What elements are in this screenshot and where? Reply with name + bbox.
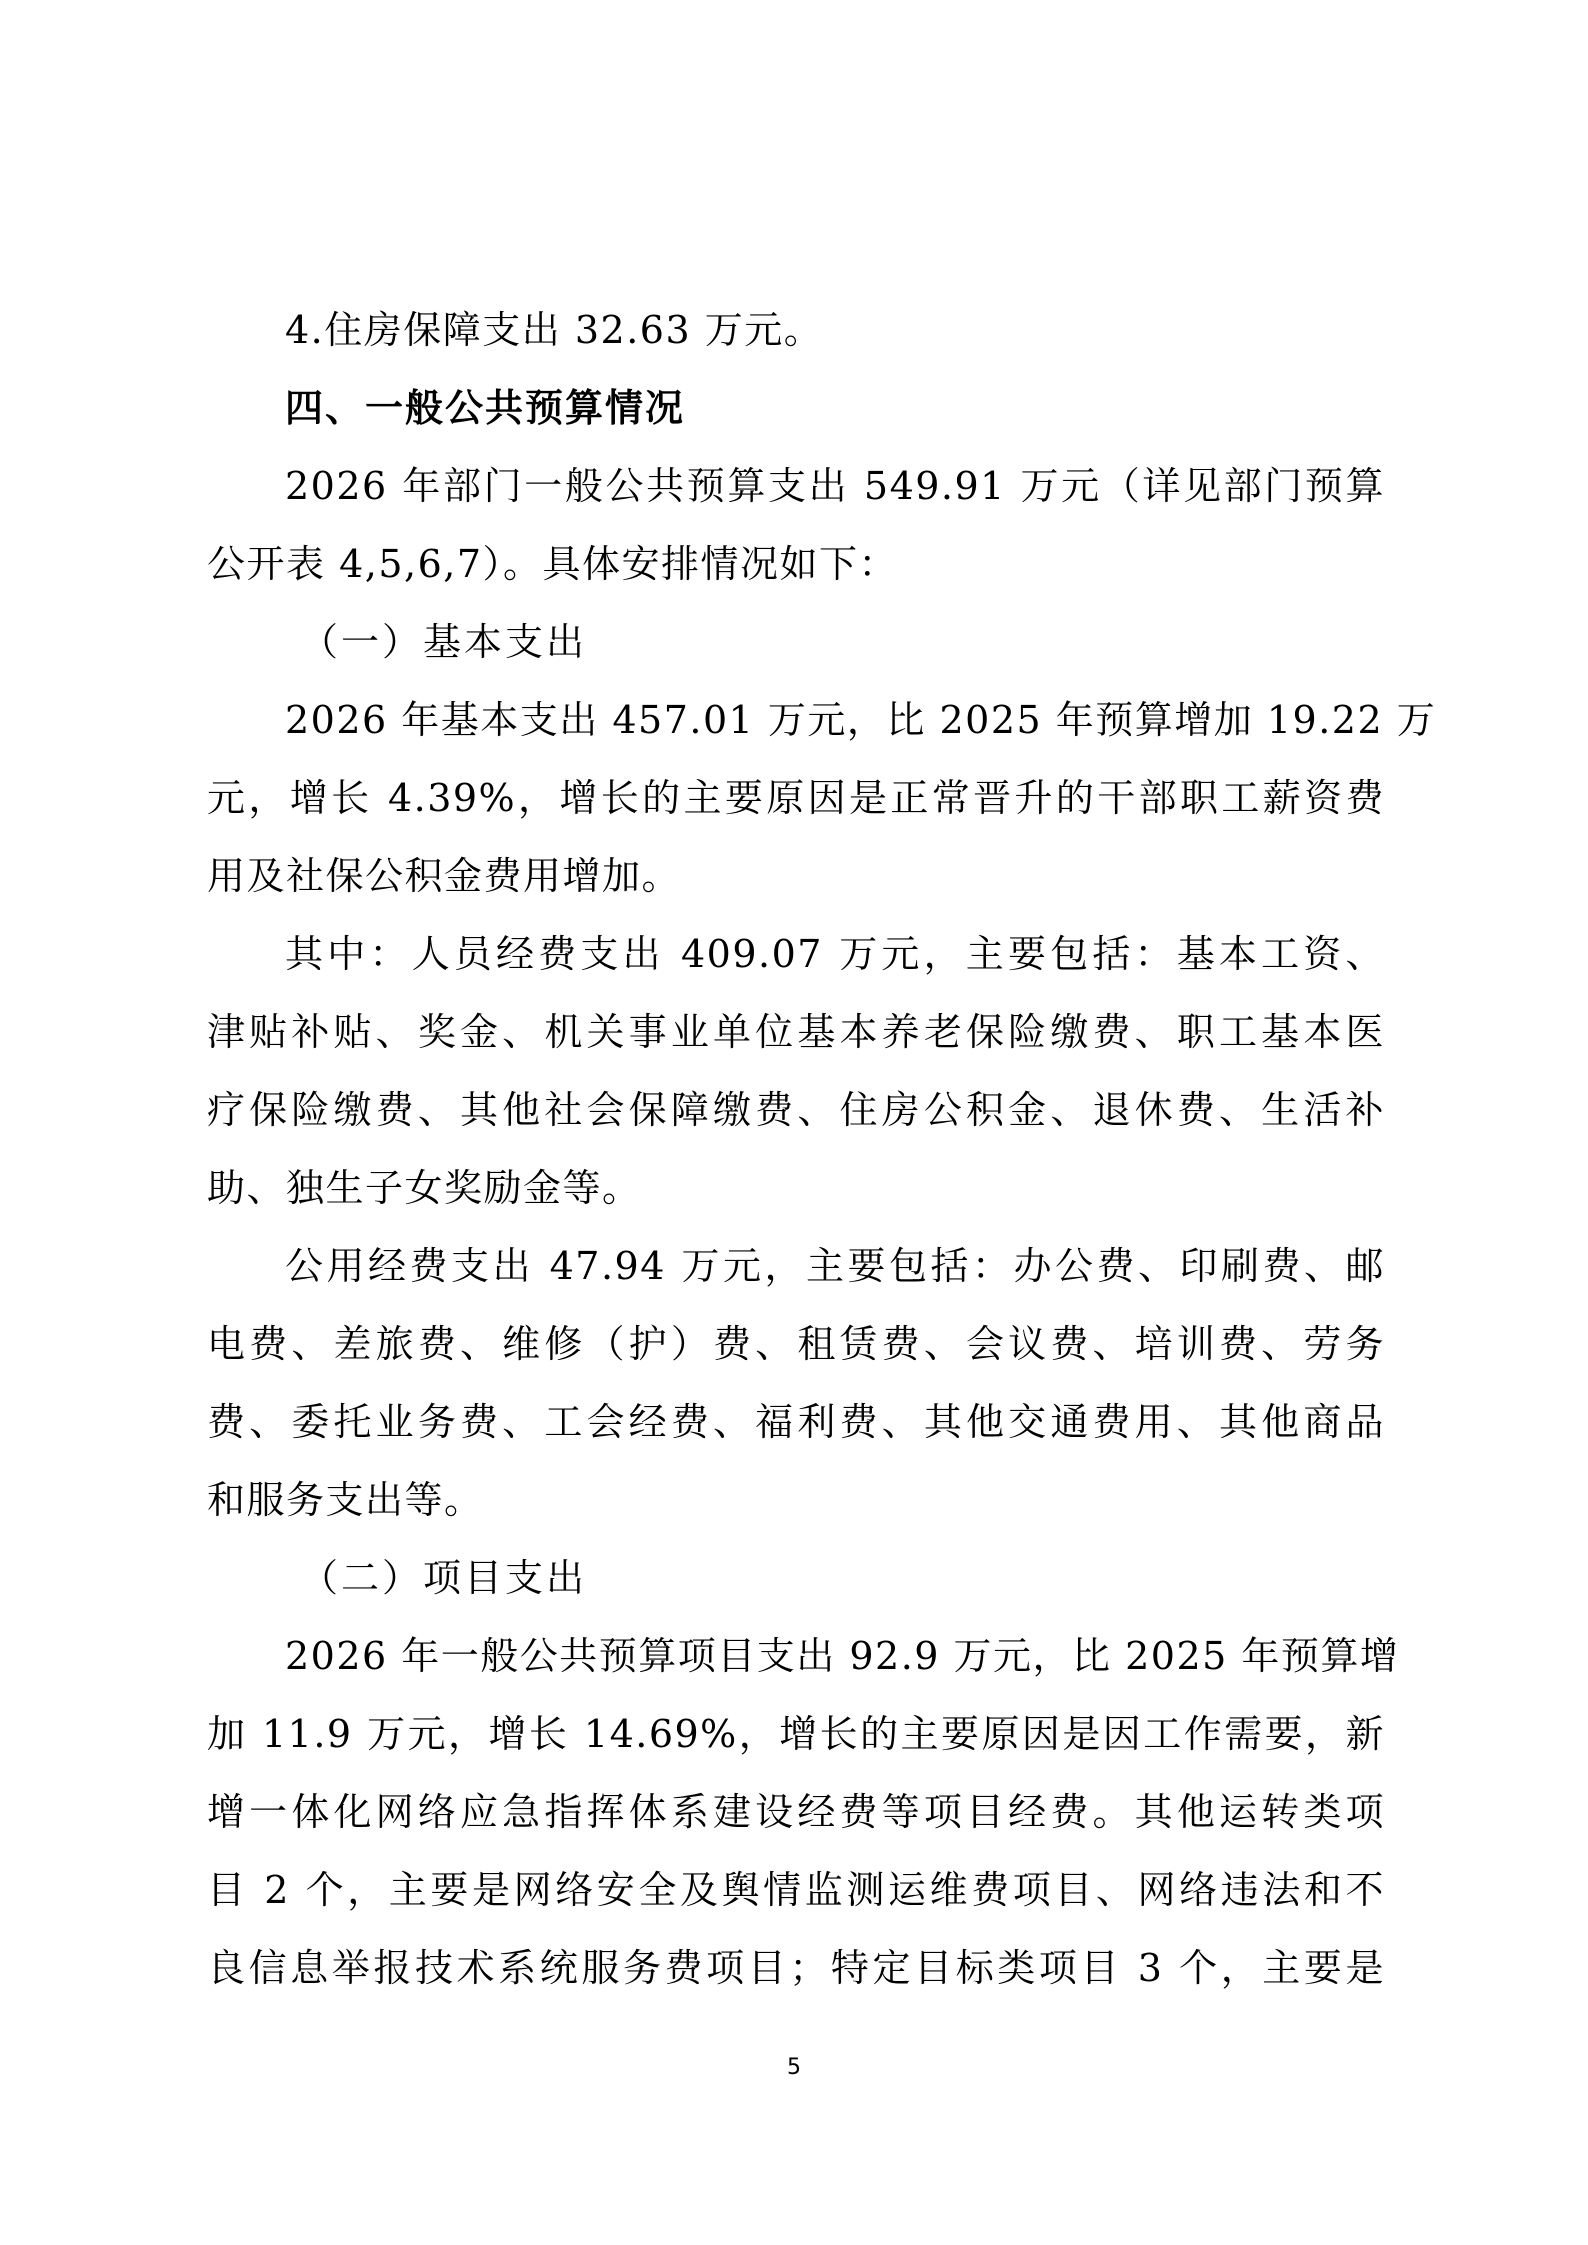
paragraph-line: 增一体化网络应急指挥体系建设经费等项目经费。其他运转类项: [207, 1782, 1385, 1842]
page-number: 5: [0, 2053, 1588, 2083]
paragraph-line: 和服务支出等。: [207, 1470, 1385, 1530]
paragraph-line: 其中：人员经费支出 409.07 万元，主要包括：基本工资、: [285, 924, 1385, 984]
paragraph-line: 费、委托业务费、工会经费、福利费、其他交通费用、其他商品: [207, 1392, 1385, 1452]
paragraph-line: 元，增长 4.39%，增长的主要原因是正常晋升的干部职工薪资费: [207, 768, 1385, 828]
subsection-heading-project-expenditure: （二）项目支出: [300, 1548, 1478, 1608]
paragraph-line: 良信息举报技术系统服务费项目；特定目标类项目 3 个，主要是: [207, 1938, 1385, 1998]
document-page: 4.住房保障支出 32.63 万元。 四、一般公共预算情况 2026 年部门一般…: [0, 0, 1588, 2245]
paragraph-line: 2026 年基本支出 457.01 万元，比 2025 年预算增加 19.22 …: [285, 690, 1385, 750]
paragraph-line: 电费、差旅费、维修（护）费、租赁费、会议费、培训费、劳务: [207, 1314, 1385, 1374]
paragraph-line: 2026 年部门一般公共预算支出 549.91 万元（详见部门预算: [285, 456, 1385, 516]
paragraph-line: 目 2 个，主要是网络安全及舆情监测运维费项目、网络违法和不: [207, 1860, 1385, 1920]
section-heading-general-public-budget: 四、一般公共预算情况: [285, 378, 1463, 438]
paragraph-line-housing-expense: 4.住房保障支出 32.63 万元。: [285, 300, 1385, 360]
paragraph-line: 2026 年一般公共预算项目支出 92.9 万元，比 2025 年预算增: [285, 1626, 1385, 1686]
subsection-heading-basic-expenditure: （一）基本支出: [300, 612, 1478, 672]
paragraph-line: 疗保险缴费、其他社会保障缴费、住房公积金、退休费、生活补: [207, 1080, 1385, 1140]
paragraph-line: 公用经费支出 47.94 万元，主要包括：办公费、印刷费、邮: [285, 1236, 1385, 1296]
paragraph-line: 用及社保公积金费用增加。: [207, 846, 1385, 906]
paragraph-line: 公开表 4,5,6,7）。具体安排情况如下：: [207, 534, 1385, 594]
paragraph-line: 助、独生子女奖励金等。: [207, 1158, 1385, 1218]
paragraph-line: 津贴补贴、奖金、机关事业单位基本养老保险缴费、职工基本医: [207, 1002, 1385, 1062]
paragraph-line: 加 11.9 万元，增长 14.69%，增长的主要原因是因工作需要，新: [207, 1704, 1385, 1764]
